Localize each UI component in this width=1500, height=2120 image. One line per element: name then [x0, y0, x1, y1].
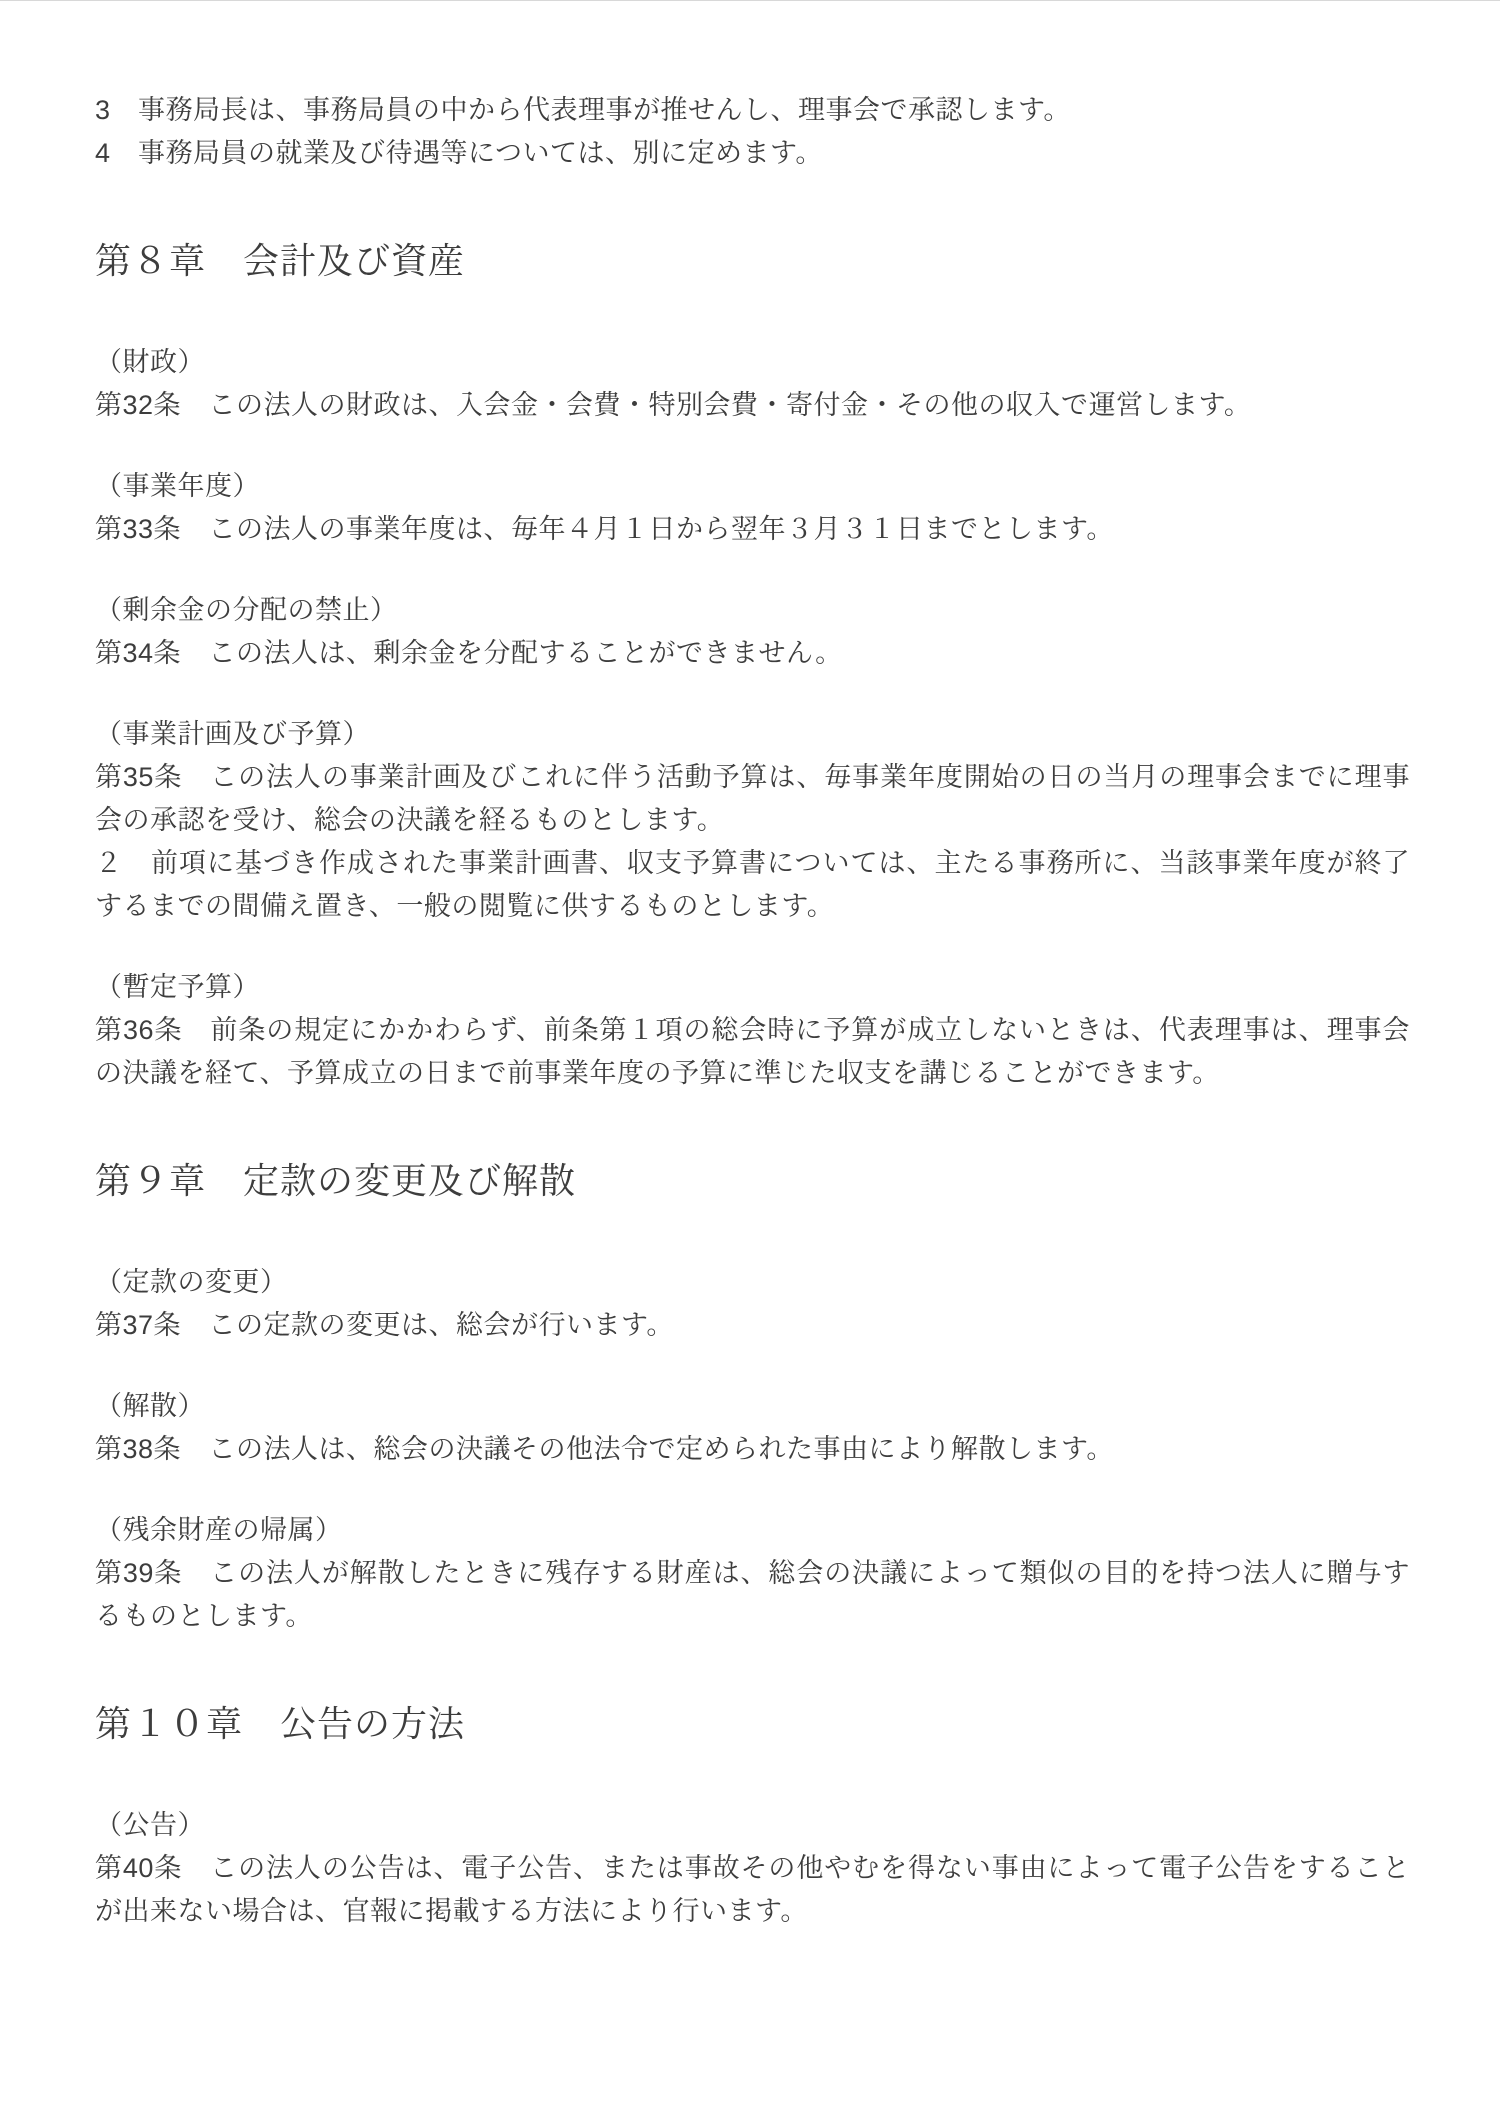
- article-body: 第34条 この法人は、剰余金を分配することができません。: [95, 632, 1410, 675]
- article-body: 第38条 この法人は、総会の決議その他法令で定められた事由により解散します。: [95, 1428, 1410, 1471]
- article-block: （定款の変更） 第37条 この定款の変更は、総会が行います。: [95, 1261, 1410, 1347]
- article-body: 第35条 この法人の事業計画及びこれに伴う活動予算は、毎事業年度開始の日の当月の…: [95, 756, 1410, 928]
- article-label: （事業計画及び予算）: [95, 713, 1410, 756]
- article-block: （公告） 第40条 この法人の公告は、電子公告、または事故その他やむを得ない事由…: [95, 1804, 1410, 1933]
- article-label: （事業年度）: [95, 465, 1410, 508]
- chapter-heading: 第１０章 公告の方法: [95, 1700, 1410, 1748]
- clause-paragraph: 4 事務局員の就業及び待遇等については、別に定めます。: [95, 132, 1410, 175]
- document-page: 3 事務局長は、事務局員の中から代表理事が推せんし、理事会で承認します。 4 事…: [0, 0, 1500, 2120]
- clause-paragraph: 第33条 この法人の事業年度は、毎年４月１日から翌年３月３１日までとします。: [95, 508, 1410, 551]
- article-block: （事業計画及び予算） 第35条 この法人の事業計画及びこれに伴う活動予算は、毎事…: [95, 713, 1410, 928]
- clause-paragraph: 第40条 この法人の公告は、電子公告、または事故その他やむを得ない事由によって電…: [95, 1847, 1410, 1933]
- chapter-heading: 第９章 定款の変更及び解散: [95, 1157, 1410, 1205]
- article-body: 第36条 前条の規定にかかわらず、前条第１項の総会時に予算が成立しないときは、代…: [95, 1009, 1410, 1095]
- clause-paragraph: 第32条 この法人の財政は、入会金・会費・特別会費・寄付金・その他の収入で運営し…: [95, 384, 1410, 427]
- article-body: 第37条 この定款の変更は、総会が行います。: [95, 1304, 1410, 1347]
- clause-paragraph: 3 事務局長は、事務局員の中から代表理事が推せんし、理事会で承認します。: [95, 89, 1410, 132]
- article-block: （残余財産の帰属） 第39条 この法人が解散したときに残存する財産は、総会の決議…: [95, 1509, 1410, 1638]
- article-label: （解散）: [95, 1385, 1410, 1428]
- article-block: （事業年度） 第33条 この法人の事業年度は、毎年４月１日から翌年３月３１日まで…: [95, 465, 1410, 551]
- article-label: （財政）: [95, 341, 1410, 384]
- clause-paragraph: ２ 前項に基づき作成された事業計画書、収支予算書については、主たる事務所に、当該…: [95, 842, 1410, 928]
- article-label: （残余財産の帰属）: [95, 1509, 1410, 1552]
- article-body: 第33条 この法人の事業年度は、毎年４月１日から翌年３月３１日までとします。: [95, 508, 1410, 551]
- article-label: （公告）: [95, 1804, 1410, 1847]
- article-body: 第32条 この法人の財政は、入会金・会費・特別会費・寄付金・その他の収入で運営し…: [95, 384, 1410, 427]
- article-label: （定款の変更）: [95, 1261, 1410, 1304]
- article-label: （剰余金の分配の禁止）: [95, 589, 1410, 632]
- clause-paragraph: 第37条 この定款の変更は、総会が行います。: [95, 1304, 1410, 1347]
- clause-paragraph: 第34条 この法人は、剰余金を分配することができません。: [95, 632, 1410, 675]
- clause-paragraph: 第35条 この法人の事業計画及びこれに伴う活動予算は、毎事業年度開始の日の当月の…: [95, 756, 1410, 842]
- article-label: （暫定予算）: [95, 966, 1410, 1009]
- article-block: （剰余金の分配の禁止） 第34条 この法人は、剰余金を分配することができません。: [95, 589, 1410, 675]
- article-body: 第39条 この法人が解散したときに残存する財産は、総会の決議によって類似の目的を…: [95, 1552, 1410, 1638]
- chapter-heading: 第８章 会計及び資産: [95, 237, 1410, 285]
- article-block: （財政） 第32条 この法人の財政は、入会金・会費・特別会費・寄付金・その他の収…: [95, 341, 1410, 427]
- article-body: 第40条 この法人の公告は、電子公告、または事故その他やむを得ない事由によって電…: [95, 1847, 1410, 1933]
- clause-paragraph: 第36条 前条の規定にかかわらず、前条第１項の総会時に予算が成立しないときは、代…: [95, 1009, 1410, 1095]
- clause-paragraph: 第38条 この法人は、総会の決議その他法令で定められた事由により解散します。: [95, 1428, 1410, 1471]
- article-block: （暫定予算） 第36条 前条の規定にかかわらず、前条第１項の総会時に予算が成立し…: [95, 966, 1410, 1095]
- clause-paragraph: 第39条 この法人が解散したときに残存する財産は、総会の決議によって類似の目的を…: [95, 1552, 1410, 1638]
- article-block: （解散） 第38条 この法人は、総会の決議その他法令で定められた事由により解散し…: [95, 1385, 1410, 1471]
